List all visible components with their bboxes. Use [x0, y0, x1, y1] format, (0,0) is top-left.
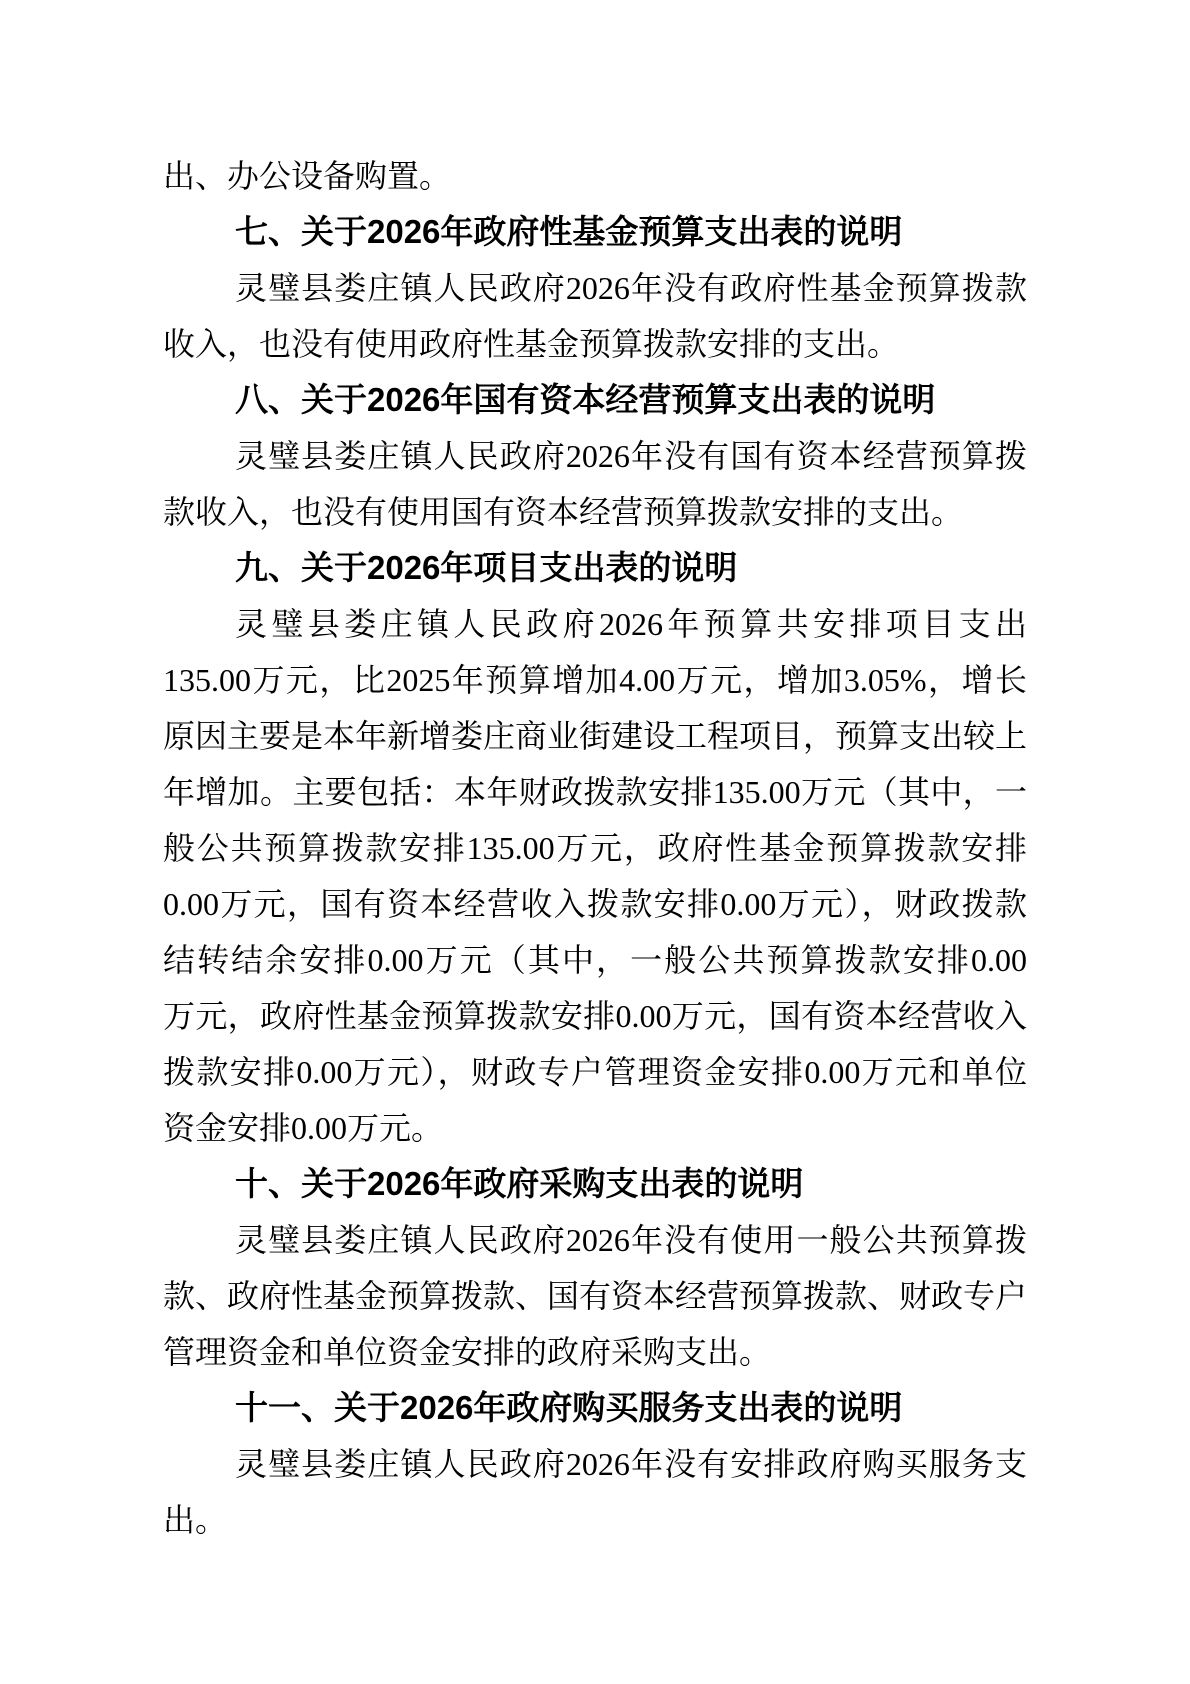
text-line: 135.00万元，比2025年预算增加4.00万元，增加3.05%，增长: [163, 652, 1027, 708]
section-heading: 七、关于2026年政府性基金预算支出表的说明: [163, 204, 1027, 260]
text-line: 管理资金和单位资金安排的政府采购支出。: [163, 1324, 1027, 1380]
document-page: 出、办公设备购置。七、关于2026年政府性基金预算支出表的说明灵璧县娄庄镇人民政…: [0, 0, 1190, 1684]
text-line: 款收入，也没有使用国有资本经营预算拨款安排的支出。: [163, 484, 1027, 540]
text-line: 0.00万元，国有资本经营收入拨款安排0.00万元），财政拨款: [163, 876, 1027, 932]
text-line: 出、办公设备购置。: [163, 148, 1027, 204]
text-line: 万元，政府性基金预算拨款安排0.00万元，国有资本经营收入: [163, 988, 1027, 1044]
section-heading: 十、关于2026年政府采购支出表的说明: [163, 1156, 1027, 1212]
text-line: 结转结余安排0.00万元（其中，一般公共预算拨款安排0.00: [163, 932, 1027, 988]
text-line: 灵璧县娄庄镇人民政府2026年没有国有资本经营预算拨: [163, 428, 1027, 484]
section-heading: 九、关于2026年项目支出表的说明: [163, 540, 1027, 596]
text-line: 灵璧县娄庄镇人民政府2026年预算共安排项目支出: [163, 596, 1027, 652]
text-line: 般公共预算拨款安排135.00万元，政府性基金预算拨款安排: [163, 820, 1027, 876]
text-line: 收入，也没有使用政府性基金预算拨款安排的支出。: [163, 316, 1027, 372]
section-heading: 十一、关于2026年政府购买服务支出表的说明: [163, 1380, 1027, 1436]
text-line: 灵璧县娄庄镇人民政府2026年没有使用一般公共预算拨: [163, 1212, 1027, 1268]
text-line: 拨款安排0.00万元），财政专户管理资金安排0.00万元和单位: [163, 1044, 1027, 1100]
text-line: 款、政府性基金预算拨款、国有资本经营预算拨款、财政专户: [163, 1268, 1027, 1324]
document-body: 出、办公设备购置。七、关于2026年政府性基金预算支出表的说明灵璧县娄庄镇人民政…: [163, 148, 1027, 1548]
text-line: 灵璧县娄庄镇人民政府2026年没有安排政府购买服务支: [163, 1436, 1027, 1492]
text-line: 灵璧县娄庄镇人民政府2026年没有政府性基金预算拨款: [163, 260, 1027, 316]
text-line: 年增加。主要包括：本年财政拨款安排135.00万元（其中，一: [163, 764, 1027, 820]
text-line: 资金安排0.00万元。: [163, 1100, 1027, 1156]
section-heading: 八、关于2026年国有资本经营预算支出表的说明: [163, 372, 1027, 428]
text-line: 原因主要是本年新增娄庄商业街建设工程项目，预算支出较上: [163, 708, 1027, 764]
text-line: 出。: [163, 1492, 1027, 1548]
